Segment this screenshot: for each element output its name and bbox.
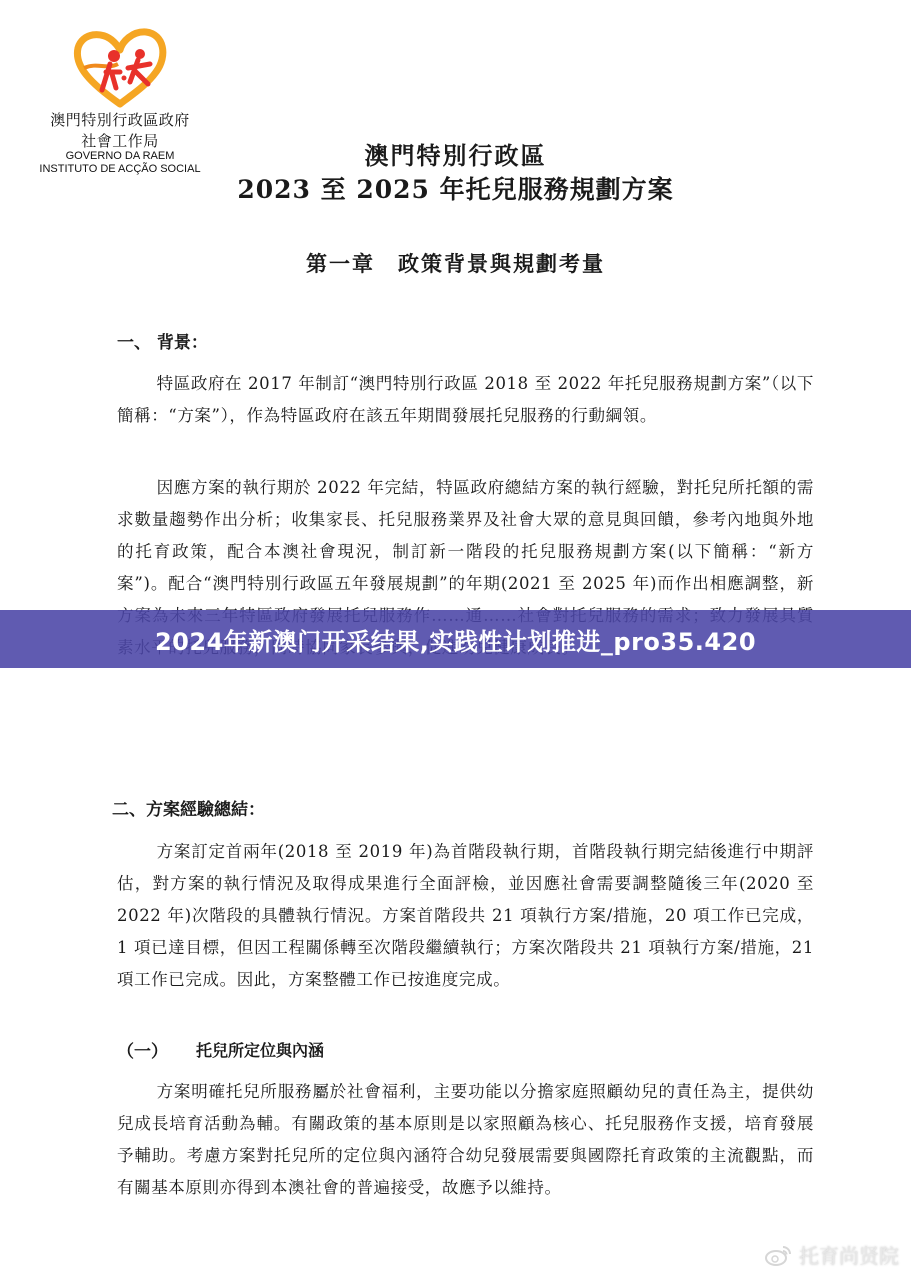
- subsection-number: （一）: [117, 1037, 168, 1062]
- paragraph: 特區政府在 2017 年制訂“澳門特別行政區 2018 至 2022 年托兒服務…: [117, 368, 814, 432]
- overlay-title-text: 2024年新澳门开采结果,实践性计划推进_pro35.420: [155, 622, 756, 657]
- document-title-line1: 澳門特別行政區: [0, 136, 911, 171]
- subsection-heading: 托兒所定位與內涵: [196, 1038, 324, 1061]
- watermark: 托育尚贤院: [765, 1240, 899, 1269]
- org-name-zh-line1: 澳門特別行政區政府: [30, 112, 210, 129]
- section-heading-experience-summary: 二、方案經驗總結：: [112, 795, 265, 820]
- paragraph: 方案明確托兒所服務屬於社會福利，主要功能以分擔家庭照顧幼兒的責任為主，提供幼兒成…: [117, 1076, 814, 1204]
- watermark-text: 托育尚贤院: [799, 1240, 899, 1269]
- paragraph: 方案訂定首兩年(2018 至 2019 年)為首階段執行期，首階段執行期完結後進…: [117, 836, 814, 996]
- weibo-icon: [765, 1244, 793, 1266]
- document-title-line2: 2023 至 2025 年托兒服務規劃方案: [0, 170, 911, 206]
- chapter-title: 第一章 政策背景與規劃考量: [0, 248, 911, 278]
- heart-social-logo-icon: [70, 28, 170, 108]
- section-heading-background: 一、 背景：: [117, 328, 208, 353]
- overlay-title-banner: 2024年新澳门开采结果,实践性计划推进_pro35.420: [0, 610, 911, 668]
